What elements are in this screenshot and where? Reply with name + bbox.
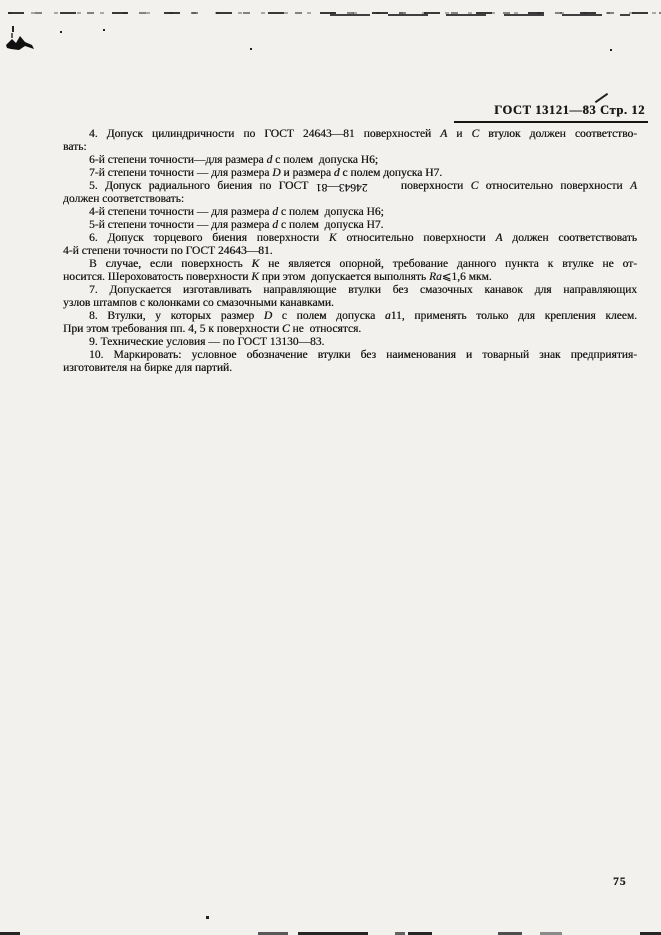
text-run: с полем допуска Н7. bbox=[278, 219, 383, 231]
speck bbox=[610, 49, 612, 51]
text-run: С bbox=[471, 128, 479, 140]
text-line: 8. Втулки, у которых размер D с полем до… bbox=[63, 310, 637, 323]
text-line: узлов штампов с колонками со смазочными … bbox=[63, 297, 637, 310]
text-block: 4. Допуск цилиндричности по ГОСТ 24643—8… bbox=[63, 128, 637, 375]
text-run: 6. Допуск торцевого биения поверхности bbox=[89, 232, 329, 244]
text-run: с полем допуска Н6; bbox=[278, 206, 384, 218]
text-line: 6-й степени точности—для размера d с пол… bbox=[63, 154, 637, 167]
header-underline bbox=[454, 121, 648, 123]
text-run: 5. Допуск радиального биения по ГОСТ bbox=[89, 180, 316, 192]
text-run: Ra bbox=[429, 271, 442, 283]
text-run: при этом допускается выполнять bbox=[259, 271, 429, 283]
text-run: втулок должен соответство- bbox=[479, 128, 637, 140]
text-run: 11, применять только для крепления клеем… bbox=[391, 310, 637, 322]
text-line: изготовителя на бирке для партий. bbox=[63, 362, 637, 375]
ink-blot bbox=[5, 33, 37, 53]
text-run: носится. Шероховатость поверхности bbox=[63, 271, 251, 283]
text-line: При этом требования пп. 4, 5 к поверхнос… bbox=[63, 323, 637, 336]
text-run: 4-й степени точности по ГОСТ 24643—81. bbox=[63, 245, 273, 257]
text-run: При этом требования пп. 4, 5 к поверхнос… bbox=[63, 323, 282, 335]
text-line: В случае, если поверхность К не является… bbox=[63, 258, 637, 271]
text-run: А bbox=[630, 180, 637, 192]
text-run: с полем допуска bbox=[272, 310, 385, 322]
text-line: 4. Допуск цилиндричности по ГОСТ 24643—8… bbox=[63, 128, 637, 141]
text-run: с полем допуска Н7. bbox=[340, 167, 443, 179]
text-line: 9. Технические условия — по ГОСТ 13130—8… bbox=[63, 336, 637, 349]
text-run: 4. Допуск цилиндричности по ГОСТ 24643—8… bbox=[89, 128, 440, 140]
speck bbox=[60, 31, 62, 33]
text-run: не является опорной, требование данного … bbox=[259, 258, 637, 270]
text-run: К bbox=[251, 271, 259, 283]
text-run: 6-й степени точности—для размера bbox=[89, 154, 266, 166]
text-run: должен соответствовать: bbox=[63, 193, 184, 205]
page-header: ГОСТ 13121—83 Стр. 12 bbox=[494, 103, 645, 118]
text-run: вать: bbox=[63, 141, 87, 153]
text-line: 4-й степени точности по ГОСТ 24643—81. bbox=[63, 245, 637, 258]
text-run: 7. Допускается изготавливать направляющи… bbox=[89, 284, 637, 296]
text-run: узлов штампов с колонками со смазочными … bbox=[63, 297, 334, 309]
text-line: должен соответствовать: bbox=[63, 193, 637, 206]
text-run: 4-й степени точности — для размера bbox=[89, 206, 272, 218]
scanned-document-page: ГОСТ 13121—83 Стр. 12 4. Допуск цилиндри… bbox=[0, 0, 661, 935]
text-run: поверхности bbox=[393, 180, 470, 192]
text-line: 5. Допуск радиального биения по ГОСТ 246… bbox=[63, 180, 637, 193]
speck bbox=[250, 48, 252, 50]
text-run: и размера bbox=[281, 167, 334, 179]
text-run: не относятся. bbox=[290, 323, 362, 335]
text-run: изготовителя на бирке для партий. bbox=[63, 362, 232, 374]
text-run: относительно поверхности bbox=[478, 180, 630, 192]
text-run: В случае, если поверхность bbox=[89, 258, 252, 270]
text-run: ⩽1,6 мкм. bbox=[442, 271, 492, 283]
text-run: К bbox=[252, 258, 260, 270]
text-run: 9. Технические условия — по ГОСТ 13130—8… bbox=[89, 336, 324, 348]
text-line: 10. Маркировать: условное обозначение вт… bbox=[63, 349, 637, 362]
text-run: С bbox=[282, 323, 290, 335]
text-line: 5-й степени точности — для размера d с п… bbox=[63, 219, 637, 232]
text-line: 7-й степени точности — для размера D и р… bbox=[63, 167, 637, 180]
text-run: 8. Втулки, у которых размер bbox=[89, 310, 264, 322]
text-run: 7-й степени точности — для размера bbox=[89, 167, 272, 179]
text-line: 7. Допускается изготавливать направляющи… bbox=[63, 284, 637, 297]
speck bbox=[206, 916, 209, 919]
text-run: К bbox=[329, 232, 337, 244]
pen-tick-mark bbox=[595, 93, 608, 103]
inverted-print-text: 24643—81 bbox=[316, 180, 394, 193]
text-line: 4-й степени точности — для размера d с п… bbox=[63, 206, 637, 219]
text-run: D bbox=[264, 310, 272, 322]
speck bbox=[103, 29, 105, 31]
text-run: должен соответствовать bbox=[502, 232, 637, 244]
text-line: 6. Допуск торцевого биения поверхности К… bbox=[63, 232, 637, 245]
text-run: с полем допуска Н6; bbox=[272, 154, 378, 166]
scan-streak-segment bbox=[330, 14, 630, 16]
text-run: 10. Маркировать: условное обозначение вт… bbox=[89, 349, 637, 361]
text-line: носится. Шероховатость поверхности К при… bbox=[63, 271, 637, 284]
text-run: 5-й степени точности — для размера bbox=[89, 219, 272, 231]
speck bbox=[12, 26, 14, 32]
text-run: D bbox=[272, 167, 280, 179]
page-number: 75 bbox=[613, 876, 627, 888]
text-run: и bbox=[447, 128, 471, 140]
text-run: относительно поверхности bbox=[337, 232, 496, 244]
text-line: вать: bbox=[63, 141, 637, 154]
